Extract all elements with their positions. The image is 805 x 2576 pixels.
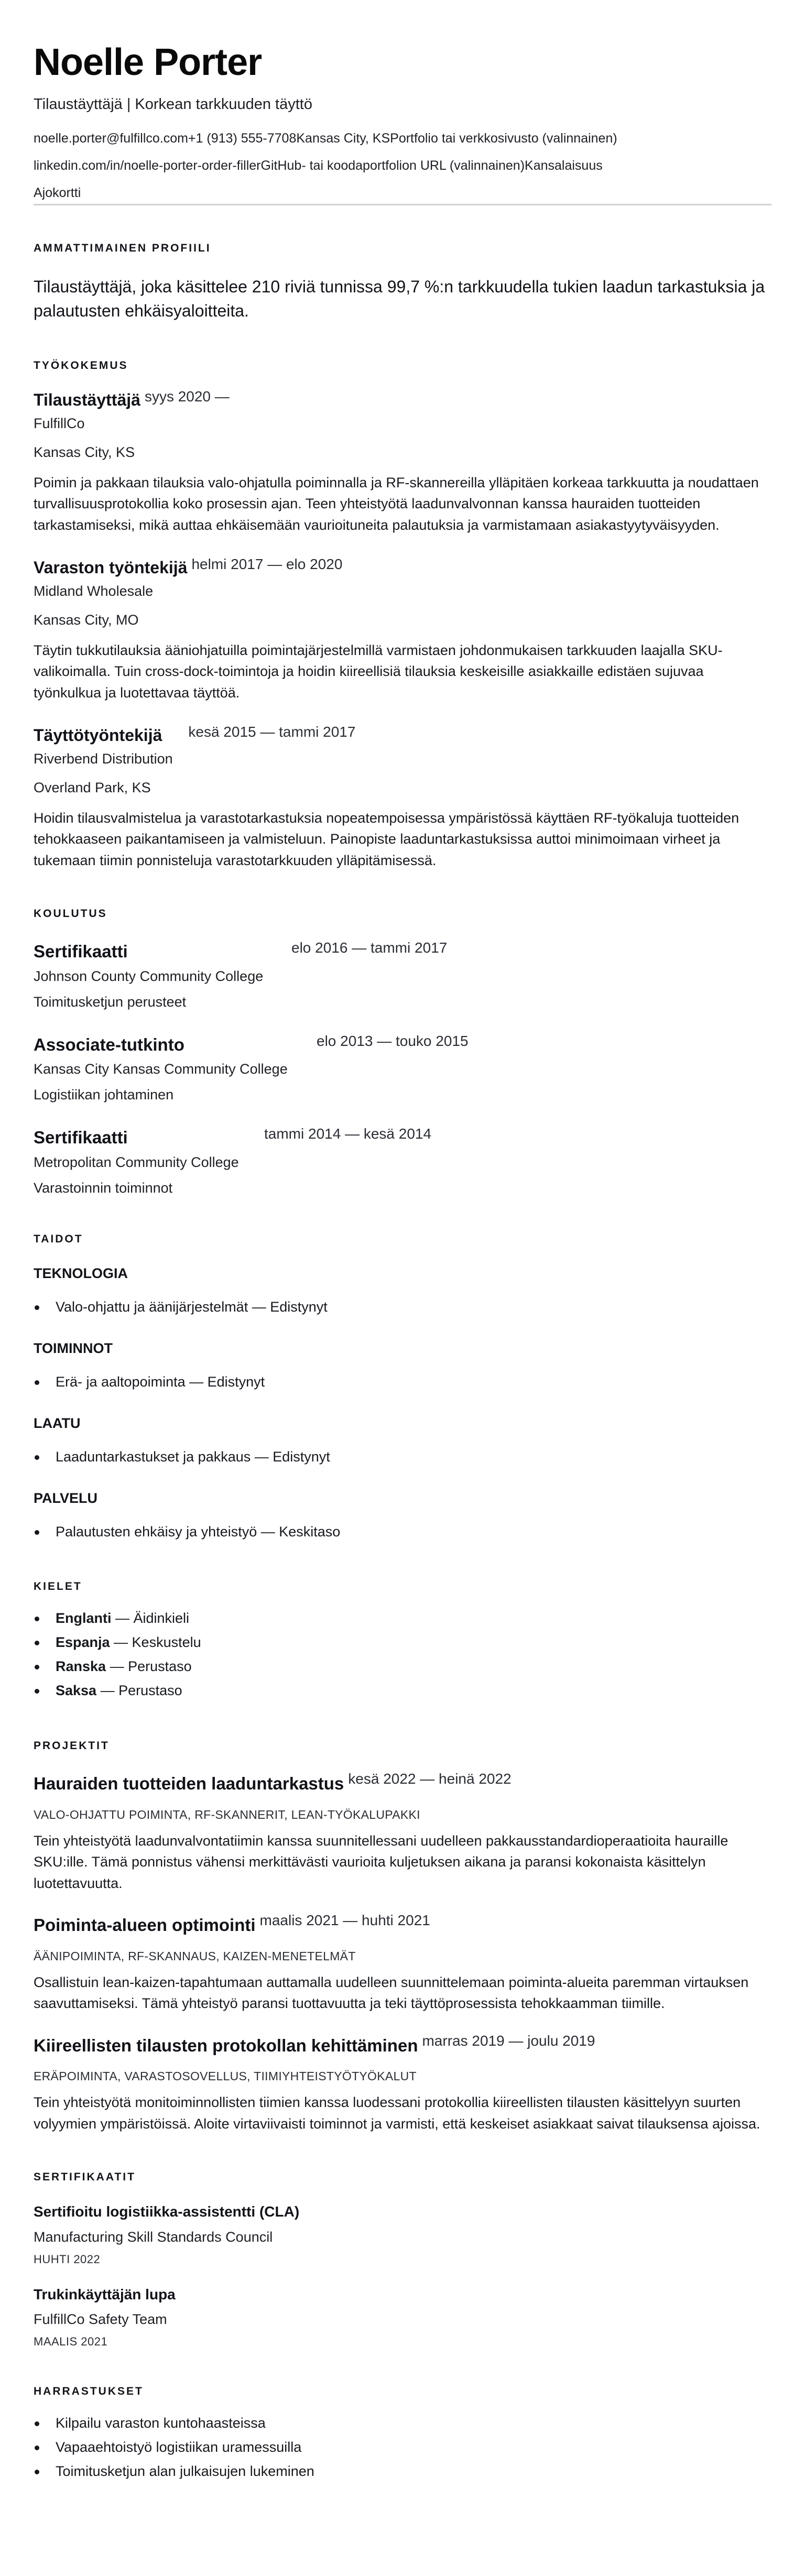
resume-header: Noelle Porter Tilaustäyttäjä | Korkean t… xyxy=(34,42,771,205)
contact-row-2: linkedin.com/in/noelle-porter-order-fill… xyxy=(34,158,771,174)
project-description: Tein yhteistyötä laadunvalvontatiimin ka… xyxy=(34,1830,771,1894)
contact-citizenship: Kansalaisuus xyxy=(525,158,603,174)
job-list: Tilaustäyttäjäsyys 2020 —FulfillCoKansas… xyxy=(34,390,771,871)
contact-portfolio[interactable]: Portfolio tai verkkosivusto (valinnainen… xyxy=(390,130,617,147)
language-name: Ranska xyxy=(56,1658,106,1674)
education-school: Metropolitan Community College xyxy=(34,1154,771,1171)
project-header: Kiireellisten tilausten protokollan kehi… xyxy=(34,2035,771,2056)
job-location: Overland Park, KS xyxy=(34,780,771,796)
language-name: Espanja xyxy=(56,1634,110,1650)
contact-email[interactable]: noelle.porter@fulfillco.com xyxy=(34,130,188,147)
certification-list: Sertifioitu logistiikka-assistentti (CLA… xyxy=(34,2202,771,2349)
certification-entry: Trukinkäyttäjän lupaFulfillCo Safety Tea… xyxy=(34,2285,771,2349)
language-item: Espanja — Keskustelu xyxy=(34,1631,771,1655)
section-title-certifications: SERTIFIKAATIT xyxy=(34,2171,771,2184)
profile-section: AMMATTIMAINEN PROFIILI Tilaustäyttäjä, j… xyxy=(34,242,771,323)
skill-list: Erä- ja aaltopoiminta — Edistynyt xyxy=(34,1370,771,1394)
education-entry: Associate-tutkintoelo 2013 — touko 2015K… xyxy=(34,1034,771,1104)
contact-linkedin[interactable]: linkedin.com/in/noelle-porter-order-fill… xyxy=(34,158,261,174)
education-school: Johnson County Community College xyxy=(34,968,771,985)
candidate-headline: Tilaustäyttäjä | Korkean tarkkuuden täyt… xyxy=(34,95,771,115)
skill-category-title: LAATU xyxy=(34,1415,771,1432)
language-level: — Äidinkieli xyxy=(112,1610,190,1626)
education-dates: elo 2013 — touko 2015 xyxy=(317,1032,469,1050)
job-title: Täyttötyöntekijä xyxy=(34,725,162,745)
skill-category-title: TOIMINNOT xyxy=(34,1340,771,1357)
projects-section: PROJEKTIT Hauraiden tuotteiden laaduntar… xyxy=(34,1740,771,2134)
profile-summary: Tilaustäyttäjä, joka käsittelee 210 rivi… xyxy=(34,275,771,323)
project-entry: Hauraiden tuotteiden laaduntarkastuskesä… xyxy=(34,1773,771,1894)
certification-issuer: Manufacturing Skill Standards Council xyxy=(34,2229,771,2245)
skill-category-title: TEKNOLOGIA xyxy=(34,1265,771,1282)
languages-section: KIELET Englanti — ÄidinkieliEspanja — Ke… xyxy=(34,1580,771,1703)
certification-date: MAALIS 2021 xyxy=(34,2335,771,2349)
education-degree: Associate-tutkinto xyxy=(34,1034,317,1055)
certification-date: HUHTI 2022 xyxy=(34,2253,771,2266)
language-list: Englanti — ÄidinkieliEspanja — Keskustel… xyxy=(34,1607,771,1703)
skill-category-title: PALVELU xyxy=(34,1490,771,1507)
education-school: Kansas City Kansas Community College xyxy=(34,1061,771,1077)
project-header: Hauraiden tuotteiden laaduntarkastuskesä… xyxy=(34,1773,771,1794)
education-field: Logistiikan johtaminen xyxy=(34,1087,771,1103)
language-item: Saksa — Perustaso xyxy=(34,1679,771,1703)
project-entry: Kiireellisten tilausten protokollan kehi… xyxy=(34,2035,771,2135)
section-title-interests: HARRASTUKSET xyxy=(34,2385,771,2398)
education-dates: tammi 2014 — kesä 2014 xyxy=(264,1125,431,1143)
certification-name: Trukinkäyttäjän lupa xyxy=(34,2285,771,2304)
skills-section: TAIDOT TEKNOLOGIAValo-ohjattu ja äänijär… xyxy=(34,1233,771,1544)
education-field: Varastoinnin toiminnot xyxy=(34,1180,771,1196)
section-title-languages: KIELET xyxy=(34,1580,771,1593)
project-title: Hauraiden tuotteiden laaduntarkastus xyxy=(34,1773,344,1794)
interest-item: Toimitusketjun alan julkaisujen lukemine… xyxy=(34,2460,771,2484)
language-level: — Keskustelu xyxy=(110,1634,201,1650)
contact-github[interactable]: GitHub- tai koodaportfolion URL (valinna… xyxy=(261,158,525,174)
education-entry: Sertifikaattitammi 2014 — kesä 2014Metro… xyxy=(34,1127,771,1196)
education-header: Sertifikaattitammi 2014 — kesä 2014 xyxy=(34,1127,771,1148)
contact-phone[interactable]: +1 (913) 555-7708 xyxy=(188,130,296,147)
education-entry: Sertifikaattielo 2016 — tammi 2017Johnso… xyxy=(34,941,771,1010)
project-technologies: ÄÄNIPOIMINTA, RF-SKANNAUS, KAIZEN-MENETE… xyxy=(34,1949,771,1963)
education-dates: elo 2016 — tammi 2017 xyxy=(291,939,447,957)
certification-issuer: FulfillCo Safety Team xyxy=(34,2311,771,2328)
skill-list: Valo-ohjattu ja äänijärjestelmät — Edist… xyxy=(34,1295,771,1319)
job-location: Kansas City, KS xyxy=(34,444,771,461)
job-company: Riverbend Distribution xyxy=(34,751,771,767)
project-entry: Poiminta-alueen optimointimaalis 2021 — … xyxy=(34,1915,771,2014)
education-field: Toimitusketjun perusteet xyxy=(34,994,771,1010)
certification-name: Sertifioitu logistiikka-assistentti (CLA… xyxy=(34,2202,771,2221)
job-entry: Tilaustäyttäjäsyys 2020 —FulfillCoKansas… xyxy=(34,390,771,536)
education-section: KOULUTUS Sertifikaattielo 2016 — tammi 2… xyxy=(34,908,771,1196)
skill-item: Laaduntarkastukset ja pakkaus — Edistyny… xyxy=(34,1445,771,1469)
language-level: — Perustaso xyxy=(96,1683,182,1698)
experience-section: TYÖKOKEMUS Tilaustäyttäjäsyys 2020 —Fulf… xyxy=(34,359,771,871)
interest-list: Kilpailu varaston kuntohaasteissaVapaaeh… xyxy=(34,2411,771,2484)
job-title: Varaston työntekijä xyxy=(34,558,187,577)
project-dates: maalis 2021 — huhti 2021 xyxy=(260,1912,430,1929)
skill-item: Valo-ohjattu ja äänijärjestelmät — Edist… xyxy=(34,1295,771,1319)
skill-list: Palautusten ehkäisy ja yhteistyö — Keski… xyxy=(34,1520,771,1544)
project-technologies: ERÄPOIMINTA, VARASTOSOVELLUS, TIIMIYHTEI… xyxy=(34,2069,771,2083)
job-location: Kansas City, MO xyxy=(34,612,771,628)
certifications-section: SERTIFIKAATIT Sertifioitu logistiikka-as… xyxy=(34,2171,771,2349)
job-dates: syys 2020 — xyxy=(145,388,230,406)
project-title: Kiireellisten tilausten protokollan kehi… xyxy=(34,2035,418,2056)
job-header: Täyttötyöntekijäkesä 2015 — tammi 2017 xyxy=(34,725,771,745)
contact-row-1: noelle.porter@fulfillco.com +1 (913) 555… xyxy=(34,130,771,147)
project-description: Tein yhteistyötä monitoiminnollisten tii… xyxy=(34,2092,771,2134)
resume-page: Noelle Porter Tilaustäyttäjä | Korkean t… xyxy=(0,0,805,2515)
section-title-projects: PROJEKTIT xyxy=(34,1740,771,1752)
certification-entry: Sertifioitu logistiikka-assistentti (CLA… xyxy=(34,2202,771,2266)
skill-categories: TEKNOLOGIAValo-ohjattu ja äänijärjestelm… xyxy=(34,1265,771,1544)
job-header: Tilaustäyttäjäsyys 2020 — xyxy=(34,390,771,410)
language-name: Englanti xyxy=(56,1610,112,1626)
job-dates: kesä 2015 — tammi 2017 xyxy=(188,723,355,741)
education-list: Sertifikaattielo 2016 — tammi 2017Johnso… xyxy=(34,941,771,1196)
contact-location: Kansas City, KS xyxy=(296,130,390,147)
job-entry: Varaston työntekijähelmi 2017 — elo 2020… xyxy=(34,558,771,703)
contact-drivers-license: Ajokortti xyxy=(34,185,81,201)
language-name: Saksa xyxy=(56,1683,96,1698)
project-dates: marras 2019 — joulu 2019 xyxy=(422,2032,595,2050)
section-title-skills: TAIDOT xyxy=(34,1233,771,1246)
job-title: Tilaustäyttäjä xyxy=(34,390,140,410)
education-header: Sertifikaattielo 2016 — tammi 2017 xyxy=(34,941,771,962)
job-entry: Täyttötyöntekijäkesä 2015 — tammi 2017Ri… xyxy=(34,725,771,871)
education-degree: Sertifikaatti xyxy=(34,1127,264,1148)
skill-list: Laaduntarkastukset ja pakkaus — Edistyny… xyxy=(34,1445,771,1469)
candidate-name: Noelle Porter xyxy=(34,42,771,83)
skill-item: Erä- ja aaltopoiminta — Edistynyt xyxy=(34,1370,771,1394)
interest-item: Vapaaehtoistyö logistiikan uramessuilla xyxy=(34,2436,771,2460)
job-header: Varaston työntekijähelmi 2017 — elo 2020 xyxy=(34,558,771,577)
project-list: Hauraiden tuotteiden laaduntarkastuskesä… xyxy=(34,1773,771,2134)
language-item: Englanti — Äidinkieli xyxy=(34,1607,771,1631)
job-description: Hoidin tilausvalmistelua ja varastotarka… xyxy=(34,807,767,871)
language-item: Ranska — Perustaso xyxy=(34,1655,771,1679)
project-header: Poiminta-alueen optimointimaalis 2021 — … xyxy=(34,1915,771,1936)
job-company: FulfillCo xyxy=(34,416,771,432)
section-title-education: KOULUTUS xyxy=(34,908,771,920)
interest-item: Kilpailu varaston kuntohaasteissa xyxy=(34,2411,771,2436)
section-title-experience: TYÖKOKEMUS xyxy=(34,359,771,372)
header-divider xyxy=(34,204,771,205)
project-technologies: VALO-OHJATTU POIMINTA, RF-SKANNERIT, LEA… xyxy=(34,1808,771,1822)
education-header: Associate-tutkintoelo 2013 — touko 2015 xyxy=(34,1034,771,1055)
skill-item: Palautusten ehkäisy ja yhteistyö — Keski… xyxy=(34,1520,771,1544)
project-title: Poiminta-alueen optimointi xyxy=(34,1915,256,1936)
job-company: Midland Wholesale xyxy=(34,583,771,599)
contact-row-3: Ajokortti xyxy=(34,185,771,201)
job-description: Täytin tukkutilauksia ääniohjatuilla poi… xyxy=(34,640,767,704)
job-description: Poimin ja pakkaan tilauksia valo-ohjatul… xyxy=(34,472,767,536)
education-degree: Sertifikaatti xyxy=(34,941,291,962)
project-dates: kesä 2022 — heinä 2022 xyxy=(348,1770,511,1788)
job-dates: helmi 2017 — elo 2020 xyxy=(191,555,342,573)
interests-section: HARRASTUKSET Kilpailu varaston kuntohaas… xyxy=(34,2385,771,2484)
project-description: Osallistuin lean-kaizen-tapahtumaan autt… xyxy=(34,1972,771,2014)
section-title-profile: AMMATTIMAINEN PROFIILI xyxy=(34,242,771,255)
language-level: — Perustaso xyxy=(106,1658,192,1674)
